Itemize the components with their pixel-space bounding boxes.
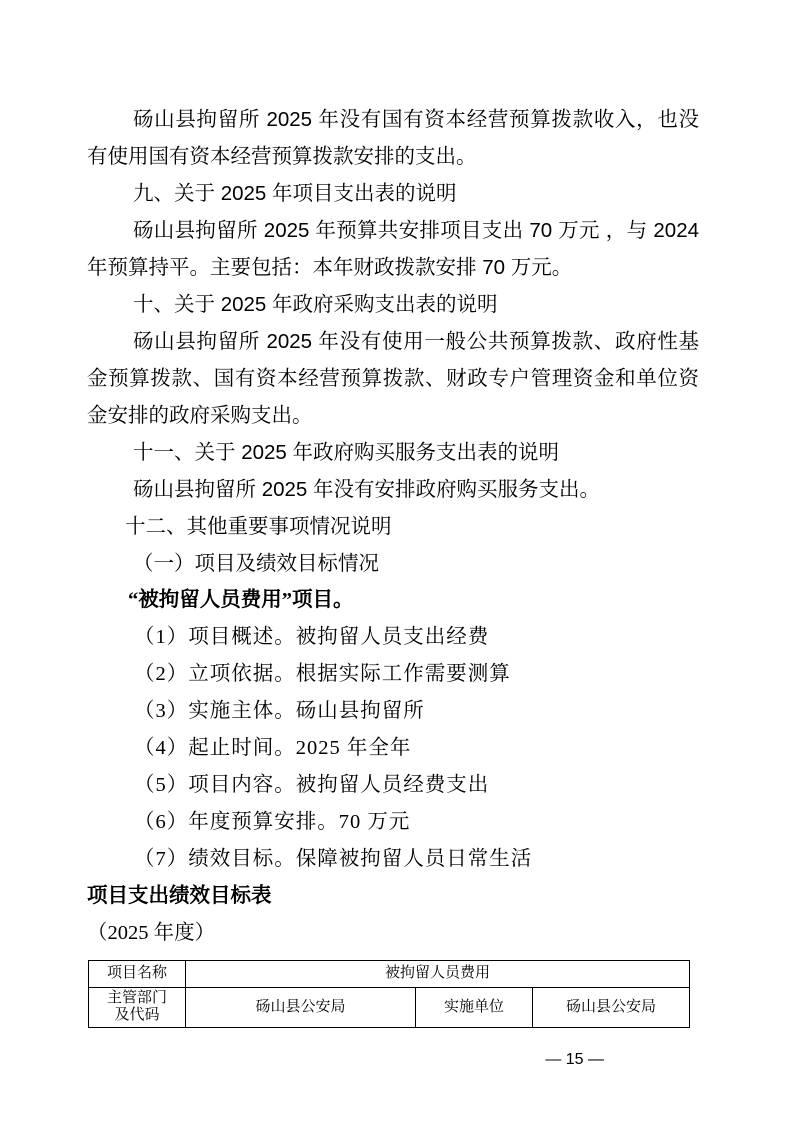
list-item-project-implementer: （3）实施主体。砀山县拘留所	[87, 693, 699, 730]
heading-section-9: 九、关于 2025 年项目支出表的说明	[87, 175, 699, 212]
para-no-state-capital-budget: 砀山县拘留所 2025 年没有国有资本经营预算拨款收入，也没有使用国有资本经营预…	[87, 101, 699, 175]
cell-implement-unit-value: 砀山县公安局	[533, 988, 690, 1028]
performance-table-year-subtitle: （2025 年度）	[87, 915, 699, 952]
cell-project-name-value: 被拘留人员费用	[186, 961, 690, 988]
list-item-project-duration: （4）起止时间。2025 年全年	[87, 730, 699, 767]
list-item-project-basis: （2）立项依据。根据实际工作需要测算	[87, 656, 699, 693]
performance-target-table: 项目名称 被拘留人员费用 主管部门 及代码 砀山县公安局 实施单位 砀山县公安局	[88, 960, 690, 1028]
cell-supervisor-dept-value: 砀山县公安局	[186, 988, 416, 1028]
list-item-project-overview: （1）项目概述。被拘留人员支出经费	[87, 619, 699, 656]
heading-section-12: 十二、其他重要事项情况说明	[87, 508, 699, 545]
para-project-name-bold: “被拘留人员费用”项目。	[87, 582, 699, 619]
cell-implement-unit-label: 实施单位	[416, 988, 533, 1028]
list-item-project-budget: （6）年度预算安排。70 万元	[87, 804, 699, 841]
table-row-project-name: 项目名称 被拘留人员费用	[89, 961, 690, 988]
table-row-departments: 主管部门 及代码 砀山县公安局 实施单位 砀山县公安局	[89, 988, 690, 1028]
list-item-project-goal: （7）绩效目标。保障被拘留人员日常生活	[87, 841, 699, 878]
subheading-project-performance: （一）项目及绩效目标情况	[87, 545, 699, 582]
list-item-project-content: （5）项目内容。被拘留人员经费支出	[87, 767, 699, 804]
page-number: — 15 —	[87, 1050, 699, 1069]
document-content: 砀山县拘留所 2025 年没有国有资本经营预算拨款收入，也没有使用国有资本经营预…	[87, 0, 699, 1069]
document-page: 砀山县拘留所 2025 年没有国有资本经营预算拨款收入，也没有使用国有资本经营预…	[0, 0, 793, 1122]
heading-section-11: 十一、关于 2025 年政府购买服务支出表的说明	[87, 434, 699, 471]
cell-supervisor-dept-label: 主管部门 及代码	[89, 988, 186, 1028]
cell-project-name-label: 项目名称	[89, 961, 186, 988]
para-project-expenditure-budget: 砀山县拘留所 2025 年预算共安排项目支出 70 万元 ，与 2024 年预算…	[87, 212, 699, 286]
para-no-gov-procurement: 砀山县拘留所 2025 年没有使用一般公共预算拨款、政府性基金预算拨款、国有资本…	[87, 323, 699, 434]
heading-section-10: 十、关于 2025 年政府采购支出表的说明	[87, 286, 699, 323]
performance-table-title: 项目支出绩效目标表	[87, 878, 699, 915]
para-no-gov-purchase-service: 砀山县拘留所 2025 年没有安排政府购买服务支出。	[87, 471, 699, 508]
